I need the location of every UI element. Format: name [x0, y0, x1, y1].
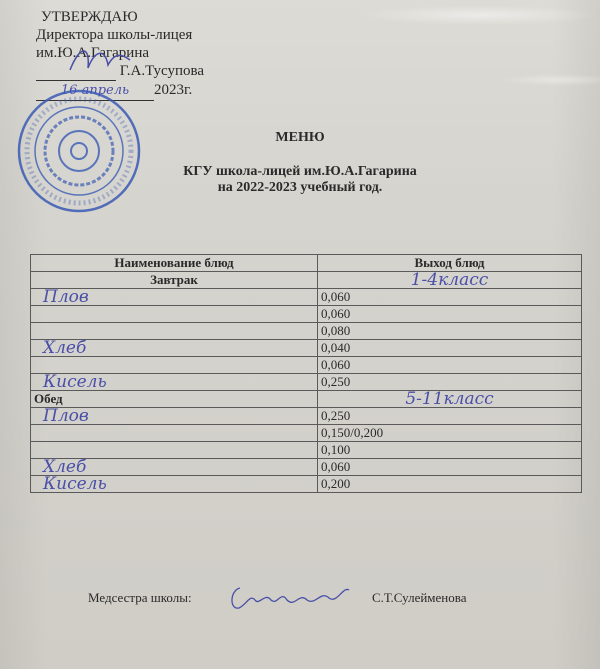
dish-name: Плов: [31, 289, 318, 306]
approval-year: 2023г.: [154, 82, 192, 98]
approval-heading: УТВЕРЖДАЮ: [36, 8, 204, 26]
dish-name: [31, 442, 318, 459]
table-row: 0,150/0,200: [31, 425, 582, 442]
menu-table: Наименование блюдВыход блюдЗавтрак1-4кла…: [30, 254, 582, 493]
dish-yield: 0,100: [318, 442, 582, 459]
section-class-note: 1-4класс: [318, 272, 582, 289]
table-row: Кисель0,250: [31, 374, 582, 391]
nurse-label: Медсестра школы:: [88, 590, 192, 606]
nurse-name: С.Т.Сулейменова: [372, 590, 467, 606]
table-row: Хлеб0,040: [31, 340, 582, 357]
dish-name: [31, 323, 318, 340]
header-yield: Выход блюд: [318, 255, 582, 272]
dish-name: Плов: [31, 408, 318, 425]
dish-yield: 0,200: [318, 476, 582, 493]
dish-yield: 0,080: [318, 323, 582, 340]
section-name: Обед: [31, 391, 318, 408]
organization-name: КГУ школа-лицей им.Ю.А.Гагарина: [0, 164, 600, 180]
director-signature-icon: [60, 40, 140, 80]
dish-name: Хлеб: [31, 340, 318, 357]
dish-yield: 0,040: [318, 340, 582, 357]
table-row: 0,100: [31, 442, 582, 459]
dish-name: [31, 306, 318, 323]
dish-yield: 0,060: [318, 289, 582, 306]
section-name: Завтрак: [31, 272, 318, 289]
section-row: Обед5-11класс: [31, 391, 582, 408]
dish-yield: 0,150/0,200: [318, 425, 582, 442]
dish-yield: 0,060: [318, 306, 582, 323]
dish-name: Кисель: [31, 374, 318, 391]
dish-name: [31, 357, 318, 374]
table-row: Хлеб0,060: [31, 459, 582, 476]
section-class-note: 5-11класс: [318, 391, 582, 408]
dish-name: Кисель: [31, 476, 318, 493]
table-row: 0,080: [31, 323, 582, 340]
table-row: Плов0,250: [31, 408, 582, 425]
nurse-signature-icon: [225, 580, 355, 620]
dish-yield: 0,250: [318, 408, 582, 425]
header-dish: Наименование блюд: [31, 255, 318, 272]
dish-yield: 0,060: [318, 357, 582, 374]
table-row: 0,060: [31, 357, 582, 374]
section-row: Завтрак1-4класс: [31, 272, 582, 289]
table-row: Плов0,060: [31, 289, 582, 306]
dish-yield: 0,060: [318, 459, 582, 476]
table-header-row: Наименование блюдВыход блюд: [31, 255, 582, 272]
dish-name: [31, 425, 318, 442]
dish-name: Хлеб: [31, 459, 318, 476]
table-row: 0,060: [31, 306, 582, 323]
table-row: Кисель0,200: [31, 476, 582, 493]
document-title: МЕНЮ: [0, 130, 600, 146]
school-year: на 2022-2023 учебный год.: [0, 180, 600, 196]
dish-yield: 0,250: [318, 374, 582, 391]
